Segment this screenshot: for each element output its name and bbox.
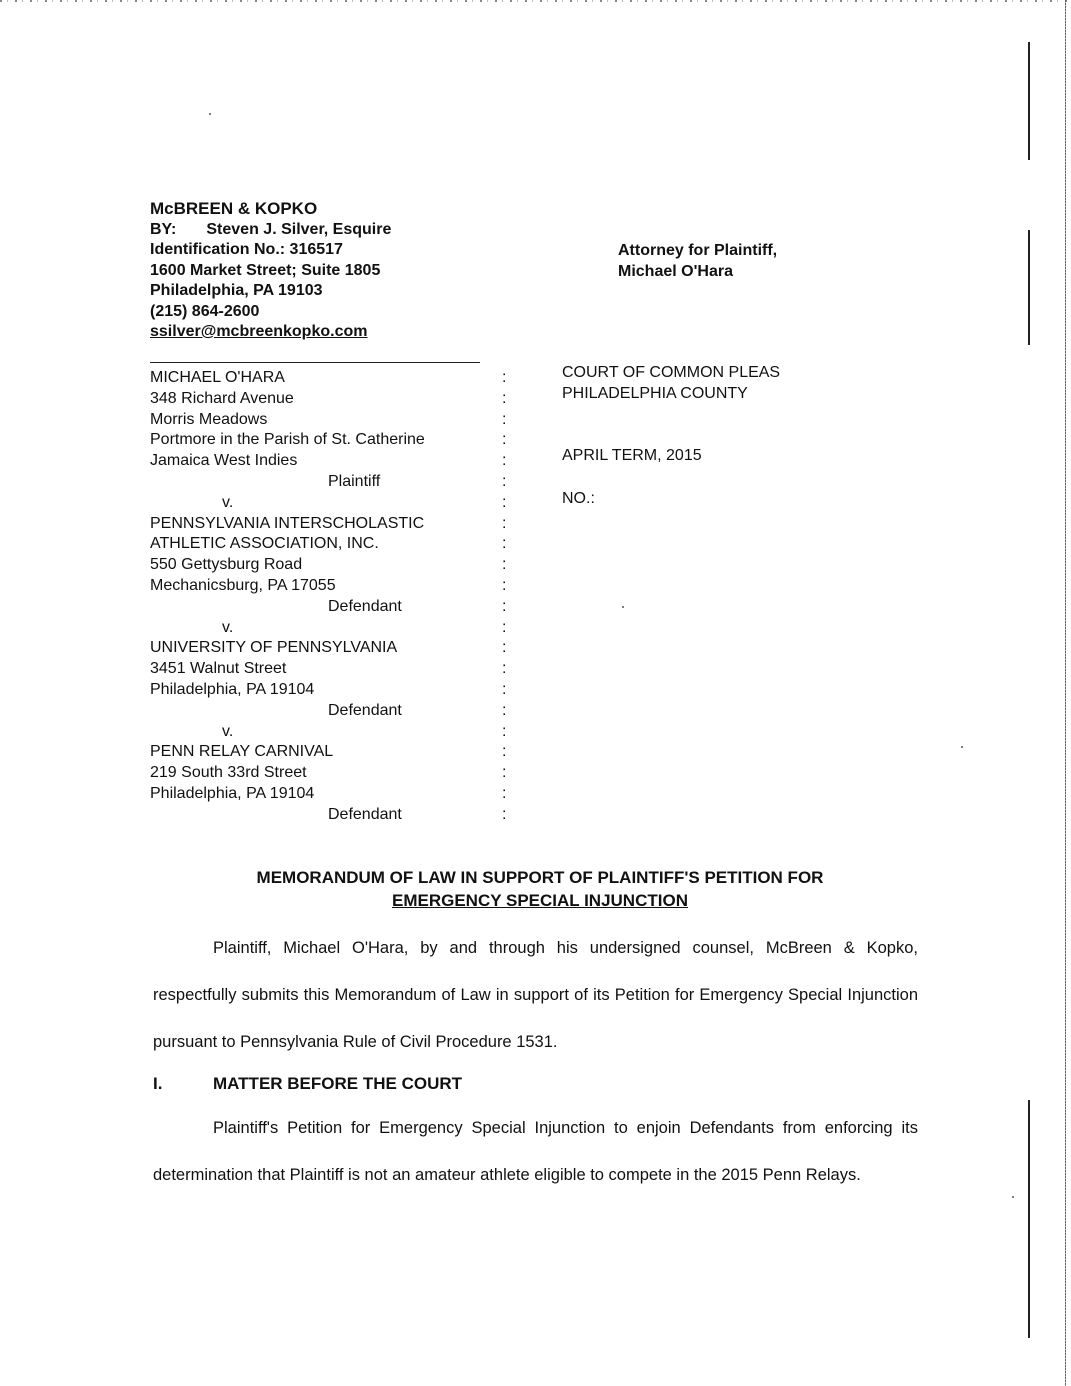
caption-separator: :	[502, 618, 506, 639]
intro-paragraph-text: Plaintiff, Michael O'Hara, by and throug…	[153, 939, 918, 1051]
caption-separator: :	[502, 410, 506, 431]
caption-party-name: MICHAEL O'HARA	[150, 368, 490, 389]
section-number: I.	[153, 1074, 213, 1094]
court-line2: PHILADELPHIA COUNTY	[562, 383, 780, 404]
scan-right-edge	[1065, 0, 1066, 1386]
attorney-email-link[interactable]: ssilver@mcbreenkopko.com	[150, 322, 391, 343]
attorney-for: Attorney for Plaintiff, Michael O'Hara	[618, 240, 777, 282]
caption-party-address-line: Portmore in the Parish of St. Catherine	[150, 430, 490, 451]
caption-divider	[150, 362, 480, 363]
caption-separator-column: ::::::::::::::::::::::	[502, 368, 506, 826]
caption-separator: :	[502, 805, 506, 826]
scan-mark	[1028, 1100, 1030, 1338]
court-line1: COURT OF COMMON PLEAS	[562, 362, 780, 383]
caption-versus: v.	[150, 493, 490, 514]
attorney-for-line1: Attorney for Plaintiff,	[618, 240, 777, 261]
attorney-identification: Identification No.: 316517	[150, 240, 391, 261]
attorney-block: McBREEN & KOPKO BY:Steven J. Silver, Esq…	[150, 199, 391, 343]
caption-party-address-line: Philadelphia, PA 19104	[150, 784, 490, 805]
intro-paragraph: Plaintiff, Michael O'Hara, by and throug…	[153, 925, 918, 1066]
caption-separator: :	[502, 555, 506, 576]
attorney-by-line: BY:Steven J. Silver, Esquire	[150, 220, 391, 241]
caption-separator: :	[502, 701, 506, 722]
court-term: APRIL TERM, 2015	[562, 447, 702, 465]
scan-speck	[1012, 1196, 1014, 1198]
caption-party-address-line: Mechanicsburg, PA 17055	[150, 576, 490, 597]
document-title-line1: MEMORANDUM OF LAW IN SUPPORT OF PLAINTIF…	[150, 866, 930, 889]
by-label: BY:	[150, 221, 176, 238]
caption-party-address-line: Jamaica West Indies	[150, 451, 490, 472]
section-heading: I.MATTER BEFORE THE COURT	[153, 1074, 462, 1094]
attorney-phone: (215) 864-2600	[150, 302, 391, 323]
attorney-name: Steven J. Silver, Esquire	[206, 221, 391, 238]
caption-separator: :	[502, 389, 506, 410]
caption-party-role: Defendant	[150, 701, 490, 722]
caption-party-address-line: Morris Meadows	[150, 410, 490, 431]
court-name: COURT OF COMMON PLEAS PHILADELPHIA COUNT…	[562, 362, 780, 404]
caption-separator: :	[502, 576, 506, 597]
document-title-line2: EMERGENCY SPECIAL INJUNCTION	[392, 891, 688, 910]
caption-party-role: Defendant	[150, 805, 490, 826]
caption-party-name: PENNSYLVANIA INTERSCHOLASTIC	[150, 514, 490, 535]
caption-party-address-line: 219 South 33rd Street	[150, 763, 490, 784]
caption-separator: :	[502, 763, 506, 784]
caption-parties: MICHAEL O'HARA348 Richard AvenueMorris M…	[150, 368, 490, 826]
scan-top-edge	[0, 0, 1071, 2]
caption-party-address-line: 3451 Walnut Street	[150, 659, 490, 680]
caption-party-role: Plaintiff	[150, 472, 490, 493]
caption-separator: :	[502, 534, 506, 555]
caption-separator: :	[502, 638, 506, 659]
caption-separator: :	[502, 742, 506, 763]
caption-separator: :	[502, 430, 506, 451]
caption-party-name: ATHLETIC ASSOCIATION, INC.	[150, 534, 490, 555]
caption-party-address-line: 348 Richard Avenue	[150, 389, 490, 410]
scan-speck	[622, 606, 624, 608]
caption-separator: :	[502, 659, 506, 680]
caption-party-address-line: 550 Gettysburg Road	[150, 555, 490, 576]
caption-separator: :	[502, 784, 506, 805]
caption-separator: :	[502, 493, 506, 514]
caption-separator: :	[502, 368, 506, 389]
caption-separator: :	[502, 722, 506, 743]
caption-party-address-line: Philadelphia, PA 19104	[150, 680, 490, 701]
caption-separator: :	[502, 680, 506, 701]
scan-speck	[209, 113, 211, 115]
scan-speck	[961, 746, 963, 748]
caption-party-role: Defendant	[150, 597, 490, 618]
caption-party-name: PENN RELAY CARNIVAL	[150, 742, 490, 763]
document-title: MEMORANDUM OF LAW IN SUPPORT OF PLAINTIF…	[150, 866, 930, 912]
scan-mark	[1028, 230, 1030, 345]
caption-separator: :	[502, 514, 506, 535]
section-heading-text: MATTER BEFORE THE COURT	[213, 1074, 462, 1093]
section-paragraph: Plaintiff's Petition for Emergency Speci…	[153, 1105, 918, 1199]
docket-number-label: NO.:	[562, 490, 595, 508]
firm-name: McBREEN & KOPKO	[150, 199, 391, 220]
caption-separator: :	[502, 597, 506, 618]
attorney-address-line1: 1600 Market Street; Suite 1805	[150, 261, 391, 282]
caption-versus: v.	[150, 618, 490, 639]
caption-separator: :	[502, 472, 506, 493]
caption-separator: :	[502, 451, 506, 472]
section-paragraph-text: Plaintiff's Petition for Emergency Speci…	[153, 1119, 918, 1184]
caption-party-name: UNIVERSITY OF PENNSYLVANIA	[150, 638, 490, 659]
caption-versus: v.	[150, 722, 490, 743]
attorney-for-line2: Michael O'Hara	[618, 261, 777, 282]
attorney-address-line2: Philadelphia, PA 19103	[150, 281, 391, 302]
scan-mark	[1028, 42, 1030, 160]
